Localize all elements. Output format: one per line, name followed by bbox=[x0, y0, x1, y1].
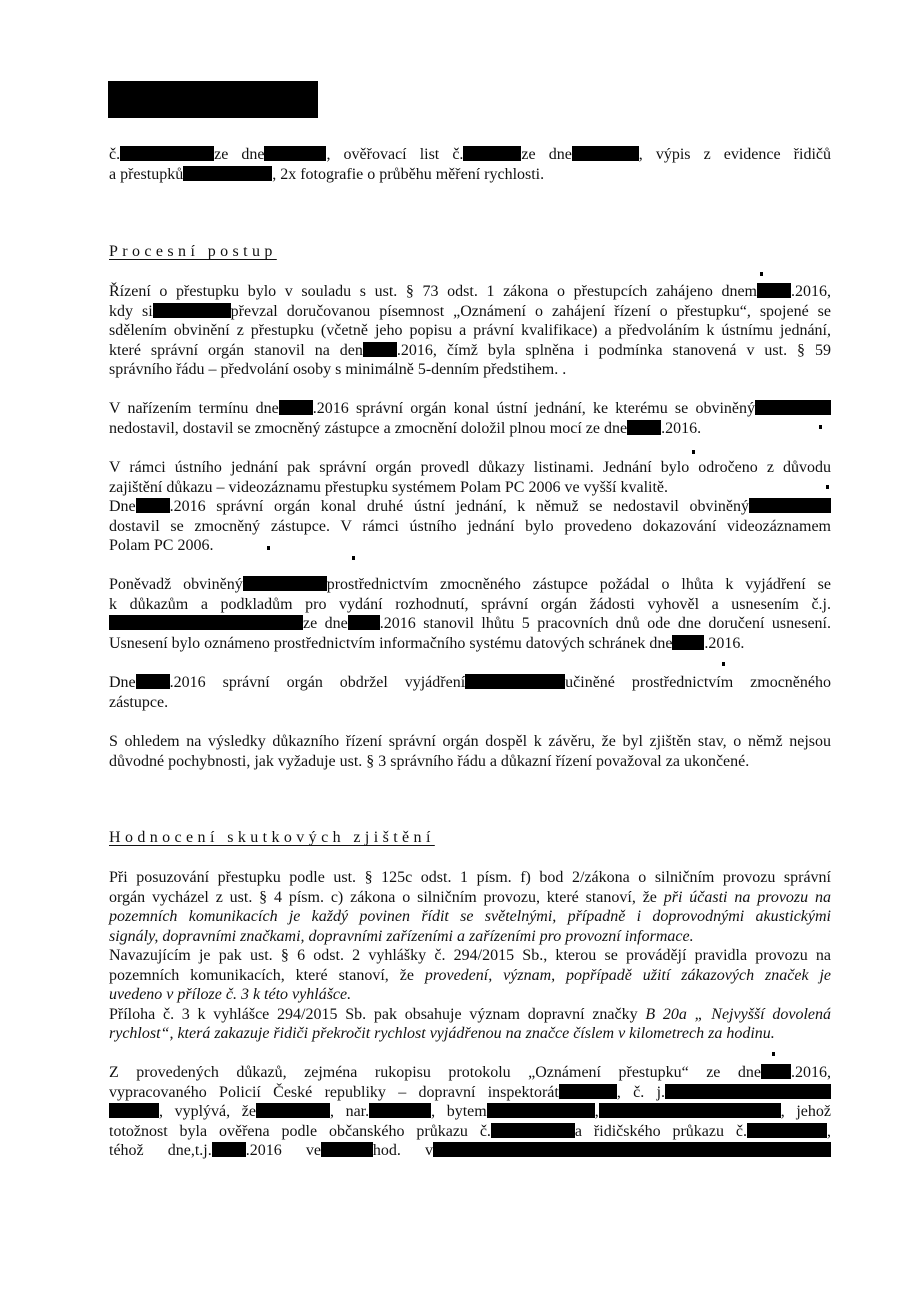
redaction bbox=[757, 283, 791, 298]
text: Příloha č. 3 k vyhlášce 294/2015 Sb. pak… bbox=[109, 1006, 645, 1023]
text: .2016 správní orgán konal ústní jednání,… bbox=[313, 400, 755, 417]
text: Řízení o přestupku bylo v souladu s ust.… bbox=[109, 283, 757, 300]
text: ze dne bbox=[303, 615, 348, 632]
text: .2016 stanovil lhůtu 5 pracovních dnů od… bbox=[380, 615, 831, 632]
scan-artifact bbox=[826, 485, 829, 489]
redaction bbox=[369, 1103, 431, 1118]
text: Při posuzování přestupku podle ust. § 12… bbox=[109, 868, 831, 888]
text: nedostavil, dostavil se zmocněný zástupc… bbox=[109, 420, 627, 437]
paragraph-7: Při posuzování přestupku podle ust. § 12… bbox=[109, 868, 831, 1044]
text: S ohledem na výsledky důkazního řízení s… bbox=[109, 732, 831, 752]
redaction bbox=[109, 615, 303, 630]
text: , výpis z evidence řidičů bbox=[639, 146, 831, 163]
text: pozemních komunikacích, které stanoví, ž… bbox=[109, 967, 425, 984]
redaction bbox=[487, 1103, 595, 1118]
redaction bbox=[153, 303, 231, 318]
redaction bbox=[761, 1064, 791, 1079]
text: téhož dne, bbox=[109, 1142, 195, 1159]
paragraph-1: Řízení o přestupku bylo v souladu s ust.… bbox=[109, 282, 831, 380]
text: převzal doručovanou písemnost „Oznámení … bbox=[231, 303, 831, 320]
redaction bbox=[433, 1142, 831, 1157]
text: , 2x fotografie o průběhu měření rychlos… bbox=[272, 166, 544, 183]
paragraph-8: Z provedených důkazů, zejména rukopisu p… bbox=[109, 1063, 831, 1161]
scan-artifact bbox=[819, 425, 822, 429]
text: hod. v bbox=[373, 1142, 433, 1159]
italic-quote: signály, dopravními značkami, dopravními… bbox=[109, 928, 694, 945]
text: učiněné prostřednictvím zmocněného bbox=[565, 674, 831, 691]
text: V nařízením termínu dne bbox=[109, 400, 279, 417]
redaction bbox=[279, 400, 313, 415]
text: , nar. bbox=[330, 1103, 369, 1120]
text: .2016. bbox=[661, 420, 701, 437]
redaction bbox=[136, 674, 170, 689]
text: Dne bbox=[109, 674, 136, 691]
text: č. bbox=[109, 146, 120, 163]
text: a řidičského průkazu č. bbox=[575, 1123, 747, 1140]
paragraph-4: Poněvadž obviněnýprostřednictvím zmocněn… bbox=[109, 575, 831, 653]
scan-artifact bbox=[352, 556, 355, 560]
text: zajištění důkazu – videozáznamu přestupk… bbox=[109, 478, 831, 498]
document-page: č.ze dne, ověřovací list č.ze dne, výpis… bbox=[0, 0, 918, 1300]
text: Usnesení bylo oznámeno prostřednictvím i… bbox=[109, 635, 672, 652]
scan-artifact bbox=[760, 272, 763, 276]
paragraph-6: S ohledem na výsledky důkazního řízení s… bbox=[109, 732, 831, 771]
text: .2016. bbox=[704, 635, 744, 652]
scan-artifact bbox=[772, 1052, 775, 1056]
text: které správní orgán stanovil na den bbox=[109, 342, 363, 359]
redaction bbox=[256, 1103, 330, 1118]
text: .2016 správní orgán konal druhé ústní je… bbox=[170, 498, 749, 515]
redaction bbox=[264, 146, 326, 161]
text: V rámci ústního jednání pak správní orgá… bbox=[109, 458, 831, 478]
redaction bbox=[465, 674, 565, 689]
italic-quote: B 20a „ Nejvyšší dovolená bbox=[645, 1006, 831, 1023]
redaction bbox=[120, 146, 214, 161]
text: Poněvadž obviněný bbox=[109, 576, 243, 593]
redaction bbox=[183, 166, 272, 181]
text: sdělením obvinění z přestupku (včetně je… bbox=[109, 321, 831, 341]
text: , bytem bbox=[431, 1103, 487, 1120]
redacted-header-block bbox=[108, 81, 318, 118]
text: .2016 správní orgán obdržel vyjádření bbox=[170, 674, 466, 691]
text: Dne bbox=[109, 498, 136, 515]
section-heading-hodnoceni: Hodnocení skutkových zjištění bbox=[109, 829, 435, 847]
scan-artifact bbox=[722, 662, 725, 666]
text: prostřednictvím zmocněného zástupce požá… bbox=[327, 576, 831, 593]
text: kdy si bbox=[109, 303, 153, 320]
section-heading-procesni-postup: Procesní postup bbox=[109, 243, 277, 261]
text: t.j. bbox=[195, 1142, 212, 1159]
text: .2016, bbox=[791, 283, 831, 300]
text: .2016 ve bbox=[246, 1142, 321, 1159]
paragraph-5: Dne.2016 správní orgán obdržel vyjádření… bbox=[109, 673, 831, 712]
redaction bbox=[755, 400, 831, 415]
redaction bbox=[599, 1103, 781, 1118]
text: , bbox=[827, 1123, 831, 1140]
redaction bbox=[572, 146, 639, 161]
text: , jehož bbox=[781, 1103, 831, 1120]
text: orgán vycházel z ust. § 4 písm. c) zákon… bbox=[109, 889, 664, 906]
text: .2016, čímž byla splněna i podmínka stan… bbox=[397, 342, 831, 359]
italic-quote: při účasti na provozu na bbox=[664, 889, 831, 906]
redaction bbox=[749, 498, 831, 513]
redaction bbox=[109, 1103, 159, 1118]
text: Polam PC 2006. bbox=[109, 536, 831, 556]
redaction bbox=[136, 498, 170, 513]
scan-artifact bbox=[692, 450, 695, 454]
text: vypracovaného Policií České republiky – … bbox=[109, 1084, 559, 1101]
paragraph-2: V nařízením termínu dne.2016 správní org… bbox=[109, 399, 831, 438]
text: totožnost byla ověřena podle občanského … bbox=[109, 1123, 491, 1140]
redaction bbox=[463, 146, 521, 161]
text: , vyplývá, že bbox=[159, 1103, 256, 1120]
text: Navazujícím je pak ust. § 6 odst. 2 vyhl… bbox=[109, 946, 831, 966]
redaction bbox=[491, 1123, 575, 1138]
redaction bbox=[243, 576, 327, 591]
text: .2016, bbox=[791, 1064, 831, 1081]
text: , č. j. bbox=[617, 1084, 665, 1101]
intro-paragraph: č.ze dne, ověřovací list č.ze dne, výpis… bbox=[109, 145, 831, 184]
redaction bbox=[559, 1084, 617, 1099]
italic-quote: rychlost“, která zakazuje řidiči překroč… bbox=[109, 1025, 775, 1042]
text: správního řádu – předvolání osoby s mini… bbox=[109, 360, 831, 380]
redaction bbox=[321, 1142, 373, 1157]
redaction bbox=[747, 1123, 827, 1138]
text: Z provedených důkazů, zejména rukopisu p… bbox=[109, 1064, 761, 1081]
redaction bbox=[212, 1142, 246, 1157]
italic-quote: pozemních komunikacích je každý povinen … bbox=[109, 908, 831, 925]
italic-quote: provedení, význam, popřípadě užití zákaz… bbox=[425, 967, 831, 984]
italic-quote: uvedeno v příloze č. 3 k této vyhlášce. bbox=[109, 986, 351, 1003]
text: ze dne bbox=[521, 146, 571, 163]
redaction bbox=[672, 635, 704, 650]
text: k důkazům a podkladům pro vydání rozhodn… bbox=[109, 595, 831, 615]
scan-artifact bbox=[267, 546, 270, 550]
paragraph-3: V rámci ústního jednání pak správní orgá… bbox=[109, 458, 831, 556]
text: a přestupků bbox=[109, 166, 183, 183]
redaction bbox=[665, 1084, 831, 1099]
text: zástupce. bbox=[109, 693, 831, 713]
redaction bbox=[627, 420, 661, 435]
text: , ověřovací list č. bbox=[326, 146, 463, 163]
text: ze dne bbox=[214, 146, 264, 163]
text: důvodné pochybnosti, jak vyžaduje ust. §… bbox=[109, 752, 831, 772]
text: dostavil se zmocněný zástupce. V rámci ú… bbox=[109, 517, 831, 537]
redaction bbox=[348, 615, 380, 630]
redaction bbox=[363, 342, 397, 357]
